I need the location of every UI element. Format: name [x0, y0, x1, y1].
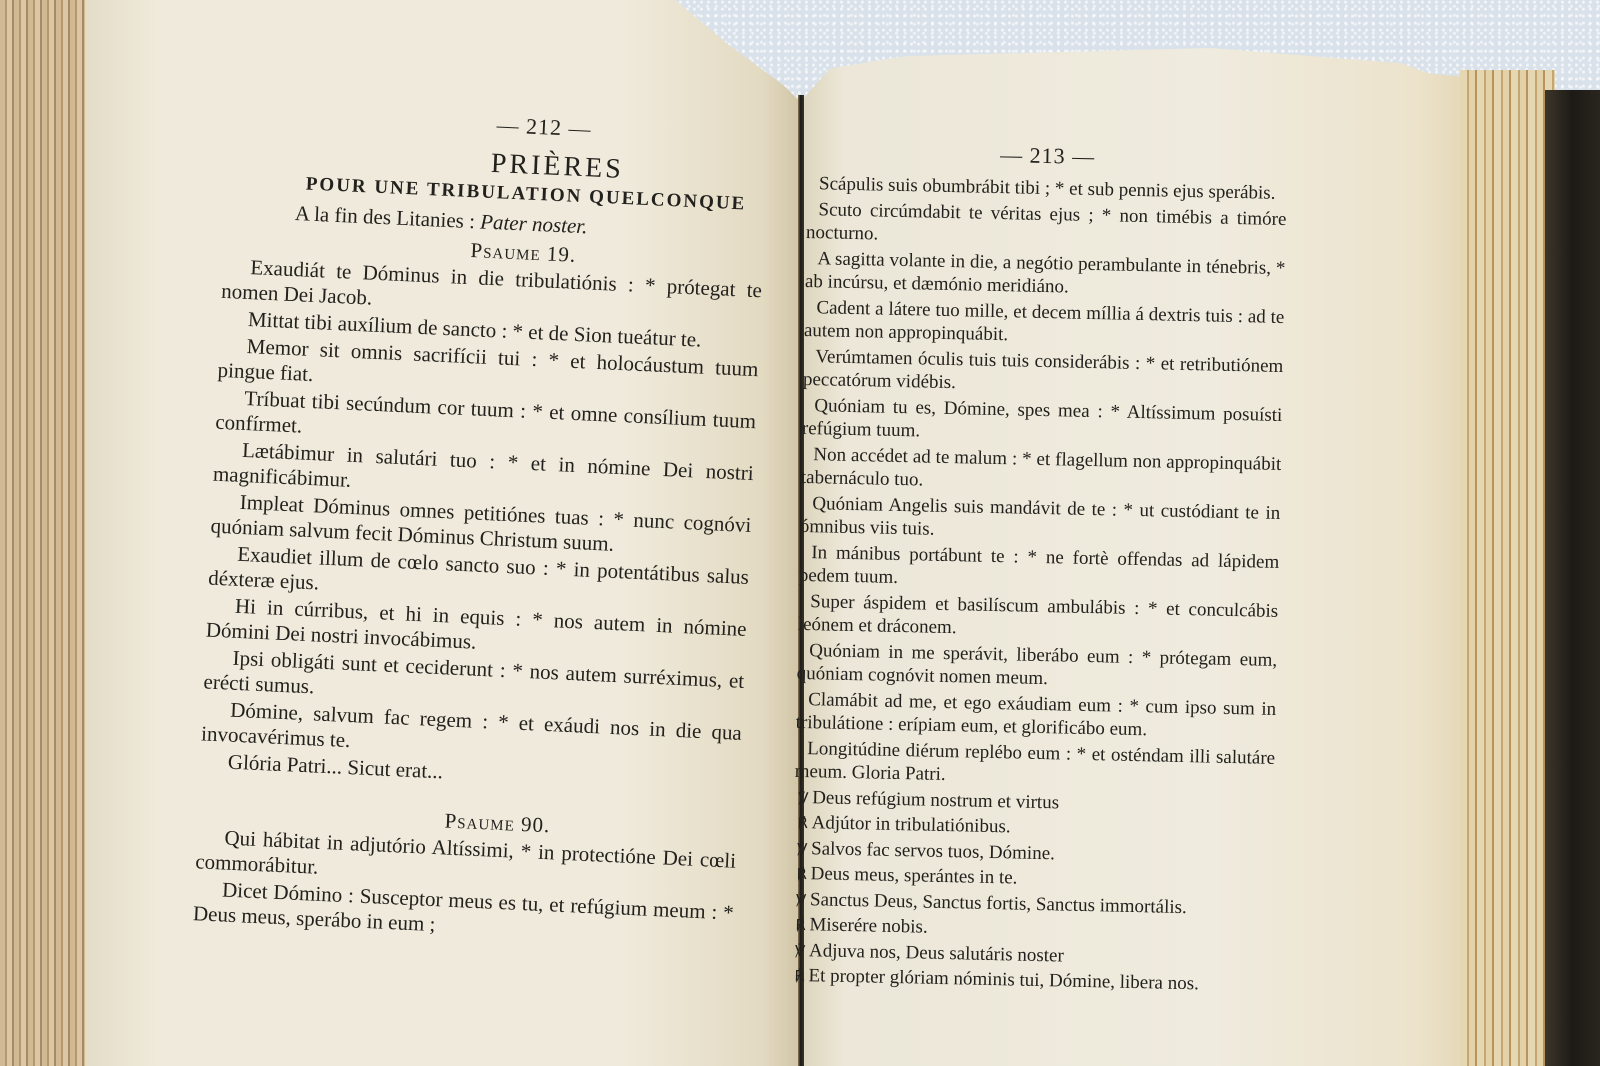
- verse: Clamábit ad me, et ego exáudiam eum : * …: [796, 687, 1277, 744]
- right-page-block-edges: [1460, 70, 1555, 1066]
- verse: Scuto circúmdabit te véritas ejus ; * no…: [806, 197, 1287, 254]
- versicle-icon: ℣: [798, 787, 812, 811]
- book-cover-edge: [1545, 90, 1600, 1066]
- versicle-icon: ℣: [797, 838, 811, 862]
- response-icon: ℟: [795, 915, 809, 939]
- verse: Verúmtamen óculis tuis tuis considerábis…: [803, 344, 1284, 401]
- verse: Longitúdine diérum replébo eum : * et os…: [794, 736, 1275, 793]
- verse: Non accédet ad te malum : * et flagellum…: [801, 442, 1282, 499]
- response-icon: ℟: [797, 813, 811, 837]
- response-icon: ℟: [794, 966, 808, 990]
- verse: Super áspidem et basilíscum ambulábis : …: [798, 589, 1279, 646]
- verse: Quóniam Angelis suis mandávit de te : * …: [800, 491, 1281, 548]
- verse: In mánibus portábunt te : * ne fortè off…: [799, 540, 1280, 597]
- response-icon: ℟: [796, 864, 810, 888]
- verse: Quóniam in me sperávit, liberábo eum : *…: [797, 638, 1278, 695]
- verse: Quóniam tu es, Dómine, spes mea : * Altí…: [802, 393, 1283, 450]
- versicle-icon: ℣: [796, 889, 810, 913]
- rubric-italic: Pater noster.: [480, 209, 588, 238]
- verse: A sagitta volante in die, a negótio pera…: [805, 246, 1286, 303]
- right-page-text: — 213 — Scápulis suis obumbrábit tibi ; …: [790, 138, 1288, 999]
- left-page-text: — 212 — PRIÈRES POUR UNE TRIBULATION QUE…: [192, 100, 769, 953]
- versicle-icon: ℣: [795, 940, 809, 964]
- verse: Cadent a látere tuo mille, et decem míll…: [804, 295, 1285, 352]
